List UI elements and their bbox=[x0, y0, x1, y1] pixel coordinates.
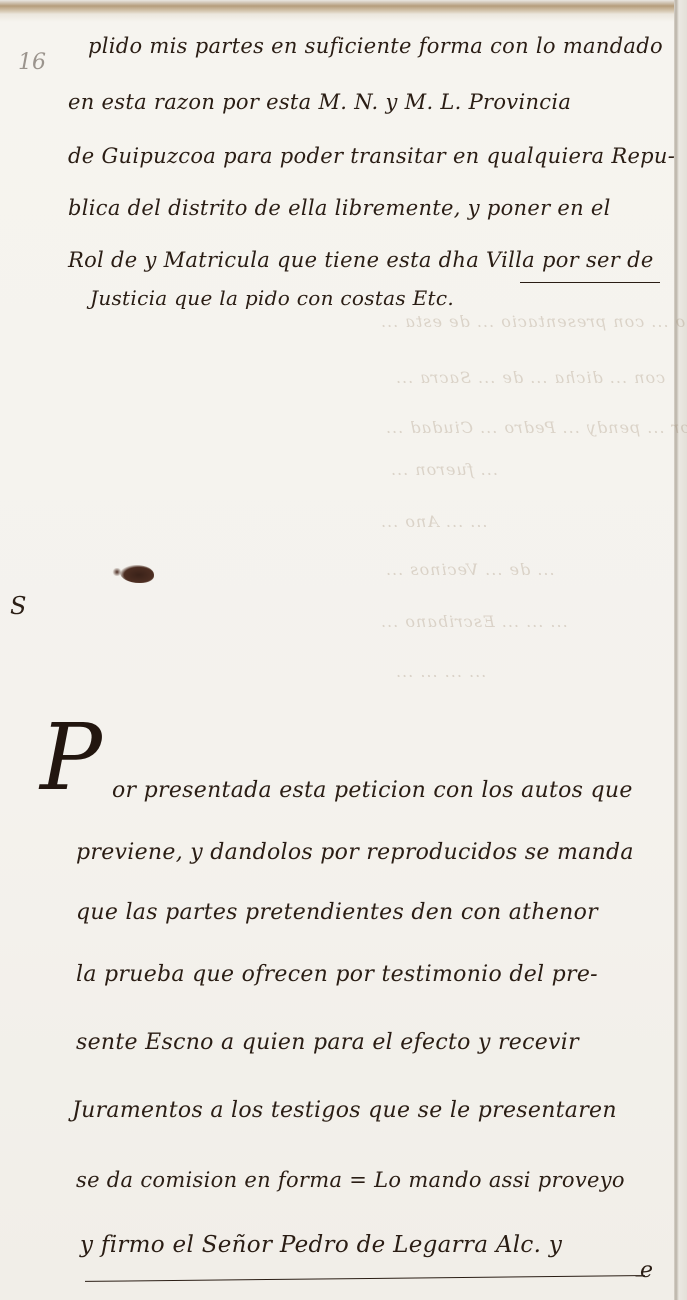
folio-number: 16 bbox=[18, 50, 46, 75]
ink-blot bbox=[112, 568, 122, 576]
manuscript-line: la prueba que ofrecen por testimonio del… bbox=[76, 962, 598, 987]
bleed-through-line: con ... dicha ... de ... Sacra ... bbox=[395, 368, 665, 387]
bleed-through-line: ... ... ... ... bbox=[395, 662, 486, 681]
decorated-initial: P bbox=[40, 712, 102, 804]
page-top-edge-stain bbox=[0, 0, 687, 14]
manuscript-line: Rol de y Matricula que tiene esta dha Vi… bbox=[68, 248, 654, 272]
signature-underline bbox=[85, 1275, 645, 1282]
manuscript-line: Juramentos a los testigos que se le pres… bbox=[72, 1098, 617, 1123]
manuscript-line: que las partes pretendientes den con ath… bbox=[76, 900, 598, 925]
manuscript-page: 16 Pareceo ... con presentacio ... de es… bbox=[0, 0, 687, 1300]
trailing-flourish: e bbox=[640, 1258, 653, 1283]
signature-line: y firmo el Señor Pedro de Legarra Alc. y bbox=[80, 1232, 562, 1258]
bleed-through-line: ... ... ... Escribano ... bbox=[380, 612, 568, 631]
manuscript-line: de Guipuzcoa para poder transitar en qua… bbox=[68, 144, 675, 168]
manuscript-line: previene, y dandolos por reproducidos se… bbox=[76, 840, 634, 865]
ink-blot bbox=[120, 565, 154, 583]
bleed-through-line: por ... pendy ... Pedro ... Ciudad ... bbox=[385, 418, 687, 437]
bleed-through-line: Pareceo ... con presentacio ... de esta … bbox=[380, 312, 687, 331]
manuscript-line: plido mis partes en suficiente forma con… bbox=[88, 34, 663, 58]
manuscript-line: se da comision en forma = Lo mando assi … bbox=[76, 1168, 625, 1192]
page-binding-edge bbox=[674, 0, 687, 1300]
manuscript-line: blica del distrito de ella libremente, y… bbox=[68, 196, 611, 220]
line-end-flourish bbox=[520, 282, 660, 283]
manuscript-line: sente Escno a quien para el efecto y rec… bbox=[76, 1030, 579, 1055]
margin-mark: S bbox=[10, 592, 26, 620]
manuscript-line: en esta razon por esta M. N. y M. L. Pro… bbox=[68, 90, 571, 114]
bleed-through-line: ... de ... Vecinos ... bbox=[385, 560, 555, 579]
bleed-through-line: ... fueron ... bbox=[390, 460, 498, 479]
manuscript-line: or presentada esta peticion con los auto… bbox=[112, 778, 633, 803]
bleed-through-line: ... ... Ano ... bbox=[380, 512, 488, 531]
manuscript-line: Justicia que la pido con costas Etc. bbox=[90, 286, 454, 310]
